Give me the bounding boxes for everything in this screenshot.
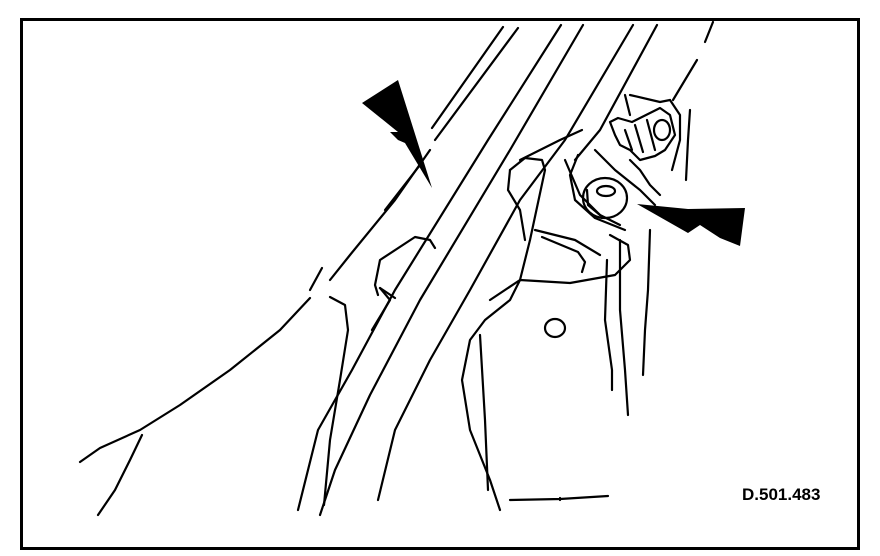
hinge-pin (610, 95, 680, 195)
door-edge-lines (80, 268, 348, 515)
figure-reference-code: D.501.483 (742, 485, 820, 505)
hinge-bolt (583, 178, 627, 218)
right-body-lines (605, 110, 690, 415)
upper-arrow-icon (362, 80, 432, 188)
pillar-lines (298, 22, 713, 515)
technical-line-drawing (0, 0, 880, 556)
trim-clip (372, 237, 435, 330)
hinge-body (462, 130, 655, 510)
right-arrow-icon (637, 204, 745, 246)
